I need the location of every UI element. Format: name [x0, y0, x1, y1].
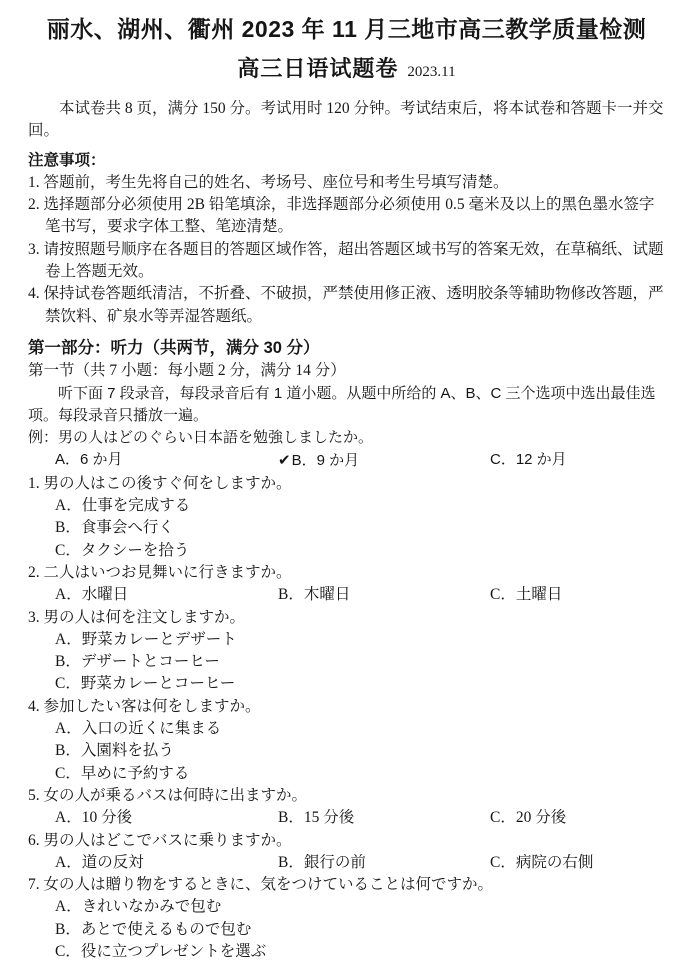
example-question: 例：男の人はどのぐらい日本語を勉強しましたか。 [28, 427, 665, 449]
question-text: 4. 参加したい客は何をしますか。 [28, 696, 665, 718]
section1-heading: 第一节（共 7 小题：每小题 2 分，满分 14 分） [28, 360, 665, 382]
question-item: 2. 二人はいつお見舞いに行きますか。A．水曜日B．木曜日C．土曜日 [28, 562, 665, 607]
exam-date: 2023.11 [407, 64, 455, 80]
notice-item: 2. 选择题部分必须使用 2B 铅笔填涂，非选择题部分必须使用 0.5 毫米及以… [28, 194, 665, 239]
question-item: 7. 女の人は贈り物をするときに、気をつけていることは何ですか。A．きれいなかみ… [28, 874, 665, 963]
question-item: 6. 男の人はどこでバスに乗りますか。A．道の反対B．銀行の前C．病院の右側 [28, 830, 665, 875]
question-text: 6. 男の人はどこでバスに乗りますか。 [28, 830, 665, 852]
option-item: C．土曜日 [490, 584, 665, 606]
exam-paper-page: 丽水、湖州、衢州 2023 年 11 月三地市高三教学质量检测 高三日语试题卷2… [0, 0, 692, 963]
question-options: A．道の反対B．銀行の前C．病院の右側 [55, 852, 665, 874]
option-item: ✔B．9 か月 [278, 449, 490, 472]
option-item: A．野菜カレーとデザート [55, 629, 665, 651]
option-item: B．食事会へ行く [55, 517, 665, 539]
example-question-text: 男の人はどのぐらい日本語を勉強しましたか。 [58, 429, 373, 446]
part1-heading: 第一部分：听力（共两节，满分 30 分） [28, 337, 665, 359]
question-text: 2. 二人はいつお見舞いに行きますか。 [28, 562, 665, 584]
notice-heading: 注意事项： [28, 150, 665, 172]
option-item: A．10 分後 [55, 807, 278, 829]
option-item: C．野菜カレーとコーヒー [55, 673, 665, 695]
question-item: 1. 男の人はこの後すぐ何をしますか。A．仕事を完成するB．食事会へ行くC．タク… [28, 473, 665, 562]
subtitle-row: 高三日语试题卷2023.11 [28, 54, 665, 87]
page-title: 丽水、湖州、衢州 2023 年 11 月三地市高三教学质量检测 [28, 14, 665, 45]
option-item: B．15 分後 [278, 807, 490, 829]
question-options: A．10 分後B．15 分後C．20 分後 [55, 807, 665, 829]
notice-list: 1. 答题前，考生先将自己的姓名、考场号、座位号和考生号填写清楚。2. 选择题部… [28, 172, 665, 328]
option-item: C．病院の右側 [490, 852, 665, 874]
option-item: B．あとで使えるもので包む [55, 919, 665, 941]
question-options: A．きれいなかみで包むB．あとで使えるもので包むC．役に立つプレゼントを選ぶ [28, 896, 665, 963]
question-options: A．水曜日B．木曜日C．土曜日 [55, 584, 665, 606]
option-item: A．6 か月 [55, 449, 278, 472]
question-item: 3. 男の人は何を注文しますか。A．野菜カレーとデザートB．デザートとコーヒーC… [28, 607, 665, 696]
question-list: 1. 男の人はこの後すぐ何をしますか。A．仕事を完成するB．食事会へ行くC．タク… [28, 473, 665, 964]
notice-item: 4. 保持试卷答题纸清洁，不折叠、不破损，严禁使用修正液、透明胶条等辅助物修改答… [28, 283, 665, 328]
option-item: C．役に立つプレゼントを選ぶ [55, 941, 665, 963]
option-item: A．水曜日 [55, 584, 278, 606]
option-item: A．仕事を完成する [55, 495, 665, 517]
question-text: 1. 男の人はこの後すぐ何をしますか。 [28, 473, 665, 495]
question-options: A．入口の近くに集まるB．入園料を払うC．早めに予約する [28, 718, 665, 785]
question-text: 5. 女の人が乗るバスは何時に出ますか。 [28, 785, 665, 807]
notice-item: 1. 答题前，考生先将自己的姓名、考场号、座位号和考生号填写清楚。 [28, 172, 665, 194]
listening-instructions: 听下面 7 段录音，每段录音后有 1 道小题。从题中所给的 A、B、C 三个选项… [28, 383, 665, 428]
question-text: 3. 男の人は何を注文しますか。 [28, 607, 665, 629]
question-item: 5. 女の人が乗るバスは何時に出ますか。A．10 分後B．15 分後C．20 分… [28, 785, 665, 830]
checkmark-icon: ✔ [278, 451, 291, 469]
paper-subtitle: 高三日语试题卷 [237, 56, 398, 81]
option-item: C．早めに予約する [55, 763, 665, 785]
example-options: A．6 か月✔B．9 か月C．12 か月 [55, 449, 665, 472]
question-options: A．仕事を完成するB．食事会へ行くC．タクシーを拾う [28, 495, 665, 562]
option-item: B．入園料を払う [55, 740, 665, 762]
option-item: A．入口の近くに集まる [55, 718, 665, 740]
option-item: A．きれいなかみで包む [55, 896, 665, 918]
option-item: B．木曜日 [278, 584, 490, 606]
option-item: A．道の反対 [55, 852, 278, 874]
option-item: B．銀行の前 [278, 852, 490, 874]
option-item: C．タクシーを拾う [55, 540, 665, 562]
notice-item: 3. 请按照题号顺序在各题目的答题区域作答，超出答题区域书写的答案无效，在草稿纸… [28, 239, 665, 284]
option-item: B．デザートとコーヒー [55, 651, 665, 673]
option-item: C．20 分後 [490, 807, 665, 829]
question-item: 4. 参加したい客は何をしますか。A．入口の近くに集まるB．入園料を払うC．早め… [28, 696, 665, 785]
example-prefix: 例： [28, 429, 58, 446]
question-options: A．野菜カレーとデザートB．デザートとコーヒーC．野菜カレーとコーヒー [28, 629, 665, 696]
intro-paragraph: 本试卷共 8 页，满分 150 分。考试用时 120 分钟。考试结束后，将本试卷… [28, 98, 665, 143]
option-item: C．12 か月 [490, 449, 665, 472]
question-text: 7. 女の人は贈り物をするときに、気をつけていることは何ですか。 [28, 874, 665, 896]
